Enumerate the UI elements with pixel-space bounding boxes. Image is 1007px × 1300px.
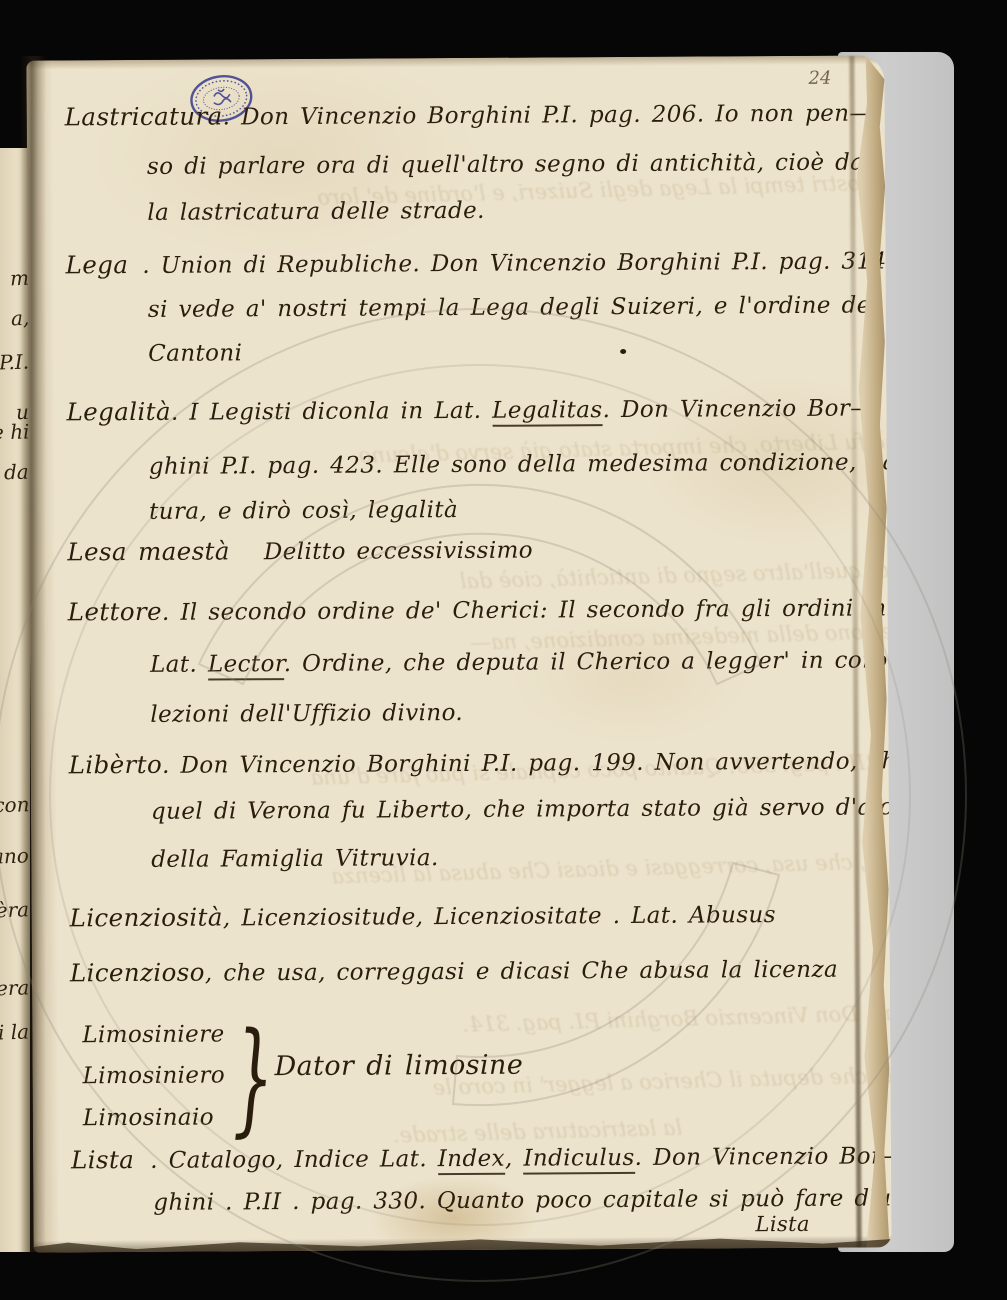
line-text: . Ordine, che deputa il Cherico a legger… xyxy=(284,647,892,677)
headword: Legalità xyxy=(66,397,171,427)
line-text: . Union di Republiche. Don Vincenzio Bor… xyxy=(142,248,891,279)
entry-legalita-line-3: tura, e dirò così, legalità xyxy=(149,497,458,525)
entry-lastricatura-line-3: la lastricatura delle strade. xyxy=(147,198,485,226)
headword: Limosiniere xyxy=(82,1021,224,1048)
entry-lastricatura-line-2: so di parlare ora di quell'altro segno d… xyxy=(147,149,872,179)
line-text: della Famiglia Vitruvia. xyxy=(151,845,439,873)
entry-liberto-line-2: quel di Verona fu Liberto, che importa s… xyxy=(151,794,892,825)
entry-limosiniere-gloss: Dator di limosine xyxy=(274,1050,523,1083)
catchword: Lista xyxy=(755,1212,810,1236)
entry-lesa-maesta-line-1: Lesa maestàDelitto eccessivissimo xyxy=(67,535,533,567)
entry-lettore-line-2: Lat. Lector. Ordine, che deputa il Cheri… xyxy=(150,647,892,678)
folio-number: 24 xyxy=(808,68,831,89)
entry-lettore-line-3: lezioni dell'Uffizio divino. xyxy=(150,700,463,728)
headword: Lega xyxy=(66,250,129,279)
manuscript-page: si vede a' nostri tempi la Lega degli Su… xyxy=(26,55,891,1252)
line-text: si vede a' nostri tempi la Lega degli Su… xyxy=(148,292,892,323)
underlined-latin-term: Index xyxy=(438,1146,505,1175)
line-text: , Licenziositude, Licenziositate . Lat. … xyxy=(223,902,776,931)
rough-bottom-edge xyxy=(34,1233,892,1252)
line-text: Dator di limosine xyxy=(274,1050,523,1083)
headword: Limosinaio xyxy=(83,1105,214,1132)
line-text: Cantoni xyxy=(148,340,242,367)
line-text: . Don Vincenzio Borghini P.I. pag. 199. … xyxy=(162,748,892,779)
line-text: lezioni dell'Uffizio divino. xyxy=(150,700,463,728)
line-text: , xyxy=(505,1146,524,1172)
line-text: ghini P.I. pag. 423. Elle sono della med… xyxy=(149,449,892,480)
line-text: tura, e dirò così, legalità xyxy=(149,497,458,525)
headword: Libèrto xyxy=(69,750,163,780)
line-text: Delitto eccessivissimo xyxy=(264,538,533,566)
line-text: la lastricatura delle strade. xyxy=(147,198,485,226)
entry-liberto-line-1: Libèrto. Don Vincenzio Borghini P.I. pag… xyxy=(69,745,892,779)
entry-lega-line-3: Cantoni xyxy=(148,340,242,367)
entry-lega-line-2: si vede a' nostri tempi la Lega degli Su… xyxy=(148,292,892,323)
underlined-latin-term: Legalitas xyxy=(492,397,603,427)
headword: Licenzioso xyxy=(70,958,205,988)
headword: Lastricatura xyxy=(65,101,223,131)
entry-lettore-line-1: Lettore. Il secondo ordine de' Cherici: … xyxy=(68,592,892,626)
line-text: . Il secondo ordine de' Cherici: Il seco… xyxy=(162,595,892,626)
headword: Lettore xyxy=(68,597,162,627)
entry-licenziosita-line-1: Licenziosità, Licenziositude, Licenziosi… xyxy=(70,899,776,932)
ink-showthrough: . Union di Republiche. Don Vincenzio Bor… xyxy=(462,995,892,1036)
line-text: . Don Vincenzio Bor— xyxy=(602,395,873,423)
underlined-latin-term: Indiculus xyxy=(523,1145,634,1175)
headword: Limosiniero xyxy=(82,1062,225,1089)
entry-liberto-line-3: della Famiglia Vitruvia. xyxy=(151,845,439,873)
line-text: quel di Verona fu Liberto, che importa s… xyxy=(151,794,892,825)
entry-licenzioso-line-1: Licenzioso, che usa, correggasi e dicasi… xyxy=(70,954,838,988)
line-text: . I Legisti diconla in Lat. xyxy=(171,398,492,426)
entry-lega-line-1: Lega. Union di Republiche. Don Vincenzio… xyxy=(66,245,892,279)
line-text: . Don Vincenzio Bor— xyxy=(635,1143,892,1171)
line-text: so di parlare ora di quell'altro segno d… xyxy=(147,149,872,179)
manuscript-scan: m a, P.I. u e hi da ficon ano pèra tera … xyxy=(0,0,1007,1300)
headword: Licenziosità xyxy=(70,902,223,932)
line-text: , che usa, correggasi e dicasi Che abusa… xyxy=(205,957,838,987)
line-text: . Catalogo, Indice Lat. xyxy=(150,1146,438,1174)
line-text: Lista xyxy=(755,1212,810,1236)
entry-legalita-line-2: ghini P.I. pag. 423. Elle sono della med… xyxy=(149,449,892,480)
entry-lastricatura-line-1: Lastricatura. Don Vincenzio Borghini P.I… xyxy=(65,97,873,131)
binding-gutter-shadow xyxy=(20,56,46,1252)
line-text: . Don Vincenzio Borghini P.I. pag. 206. … xyxy=(223,100,873,130)
entry-limosiniere-word-1: Limosiniere xyxy=(82,1021,224,1048)
grouping-brace: } xyxy=(232,1005,274,1149)
stray-ink-dot xyxy=(620,349,626,354)
entry-lista-line-1: Lista. Catalogo, Indice Lat. Index, Indi… xyxy=(71,1140,892,1174)
line-text: Lat. xyxy=(150,652,208,678)
entry-limosiniere-word-3: Limosinaio xyxy=(83,1105,214,1132)
underlined-latin-term: Lector xyxy=(208,651,284,680)
entry-legalita-line-1: Legalità. I Legisti diconla in Lat. Lega… xyxy=(66,392,873,426)
headword: Lista xyxy=(71,1145,134,1174)
entry-limosiniere-word-2: Limosiniero xyxy=(82,1062,225,1089)
headword: Lesa maestà xyxy=(67,536,230,566)
